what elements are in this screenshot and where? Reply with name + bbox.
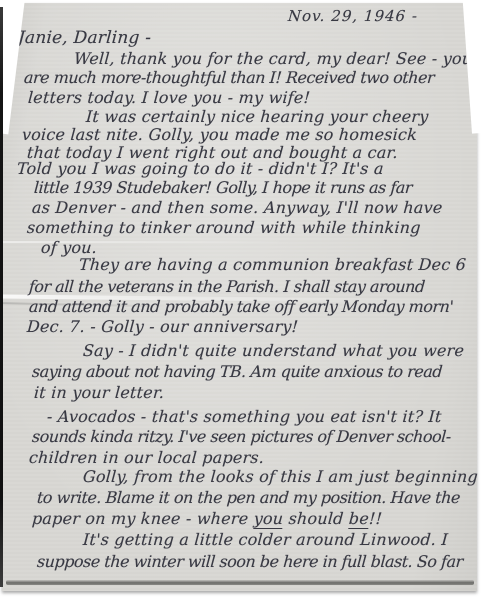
scanned-letter-page: Nov. 29, 1946 - Janie, Darling - Well, t…: [0, 0, 482, 600]
letter-line: It was certainly nice hearing your cheer…: [85, 107, 429, 126]
letter-line: it in your letter.: [33, 383, 165, 402]
letter-line: Well, thank you for the card, my dear! S…: [73, 49, 473, 68]
underlined-word: you: [253, 509, 284, 529]
letter-line: It's getting a little colder around Linw…: [82, 530, 448, 549]
letter-line: Told you I was going to do it - didn't I…: [16, 159, 384, 178]
letter-line: paper on my knee - where you should be!!: [31, 509, 383, 528]
letter-line: Say - I didn't quite understand what you…: [82, 341, 465, 360]
letter-line: are much more-thoughtful than I! Receive…: [23, 68, 435, 87]
letter-line: for all the veterans in the Parish. I sh…: [28, 277, 425, 296]
letter-line-segment: paper on my knee - where: [31, 509, 254, 528]
letter-line: suppose the winter will soon be here in …: [36, 552, 463, 571]
letter-line: and attend it and probably take off earl…: [28, 297, 454, 316]
paper-bottom-shadow: [6, 580, 474, 585]
letter-line: They are having a communion breakfast De…: [78, 255, 467, 274]
letter-salutation: Janie, Darling -: [17, 28, 152, 48]
letter-line: Dec. 7. - Golly - our anniversary!: [26, 317, 299, 336]
letter-line: children in our local papers.: [28, 448, 264, 467]
letter-date: Nov. 29, 1946 -: [287, 7, 418, 25]
letter-line-segment: should: [283, 509, 350, 528]
letter-line: little 1939 Studebaker! Golly, I hope it…: [33, 178, 412, 197]
letter-line: as Denver - and then some. Anyway, I'll …: [31, 198, 443, 217]
letter-line: saying about not having TB. Am quite anx…: [31, 362, 443, 381]
letter-line-segment: !!: [368, 509, 383, 528]
letter-line: sounds kinda ritzy. I've seen pictures o…: [31, 427, 451, 446]
letter-line: letters today. I love you - my wife!: [27, 88, 311, 107]
letter-line: Golly, from the looks of this I am just …: [82, 467, 478, 486]
letter-line: - Avocados - that's something you eat is…: [46, 407, 442, 426]
underlined-word: be: [348, 509, 370, 529]
letter-line: voice last nite. Golly, you made me so h…: [21, 125, 417, 144]
letter-line: something to tinker around with while th…: [26, 218, 421, 237]
scan-edge-left: [0, 7, 3, 587]
letter-paper-sheet: Nov. 29, 1946 - Janie, Darling - Well, t…: [2, 3, 477, 591]
letter-line: to write. Blame it on the pen and my pos…: [36, 488, 460, 507]
